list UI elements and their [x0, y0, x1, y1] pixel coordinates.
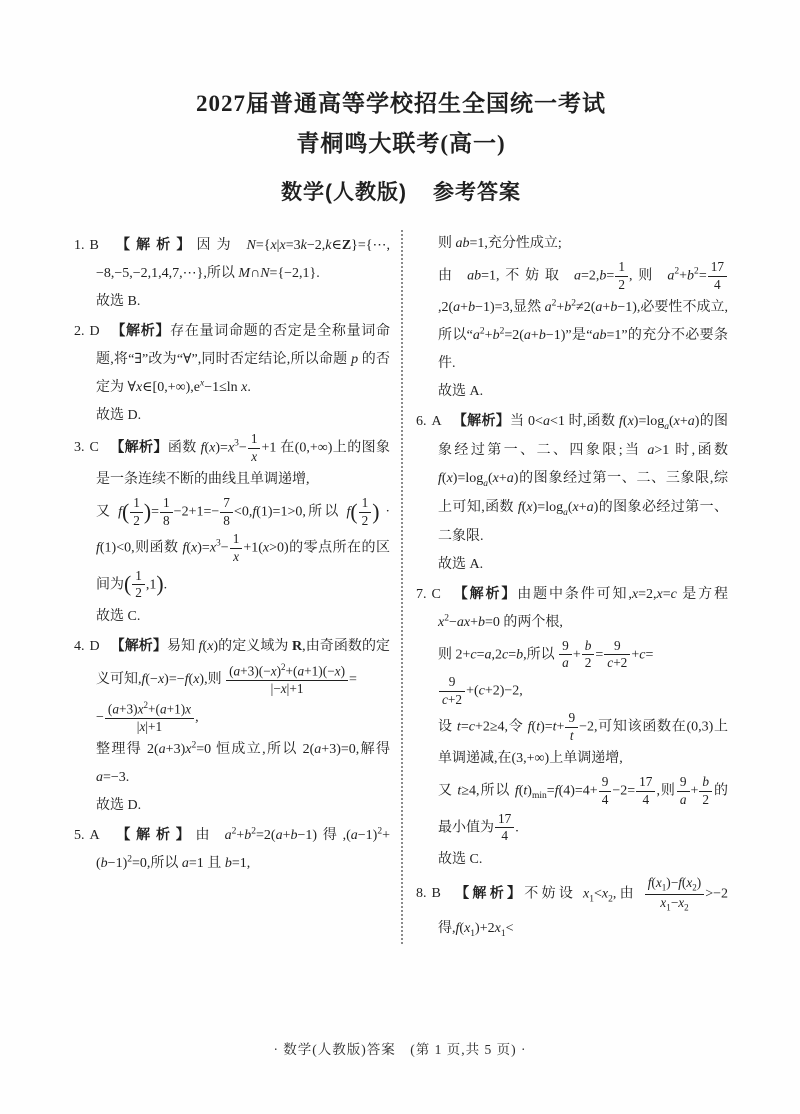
- answer-paragraph: 2.D【解析】存在量词命题的否定是全称量词命题,将“∃”改为“∀”,同时否定结论…: [74, 316, 390, 402]
- question-number: 4.: [74, 639, 85, 654]
- answers-label: 参考答案: [433, 181, 521, 204]
- question-number: 3.: [74, 440, 85, 455]
- answer-paragraph: 整理得 2(a+3)x2=0 恒成立,所以 2(a+3)=0,解得 a=−3.: [74, 736, 390, 792]
- answer-paragraph: 又 t≥4,所以 f(t)min=f(4)=4+94−2=174,则9a+b2的…: [416, 773, 728, 845]
- answer-paragraph: 设 t=c+2≥4,令 f(t)=t+9t−2,可知该函数在(0,3)上单调递减…: [416, 709, 728, 773]
- answer-paragraph: 故选 A.: [416, 378, 728, 406]
- question-number: 7.: [416, 587, 427, 602]
- column-left: 1.B【解析】因为 N={x|x=3k−2,k∈Z}={⋯,−8,−5,−2,1…: [74, 230, 401, 944]
- answer-item: 4.D【解析】易知 f(x)的定义域为 R,由奇函数的定义可知,f(−x)=−f…: [74, 631, 390, 820]
- answer-paragraph: 故选 D.: [74, 402, 390, 430]
- answer-paragraph: 9c+2+(c+2)−2,: [416, 673, 728, 709]
- question-number: 8.: [416, 886, 427, 901]
- exam-title-line1: 2027届普通高等学校招生全国统一考试: [74, 92, 728, 115]
- answer-letter: D: [90, 324, 100, 339]
- answer-item: 则 ab=1,充分性成立;由 ab=1,不妨取 a=2,b=12,则 a2+b2…: [416, 230, 728, 406]
- answer-letter: B: [432, 886, 441, 901]
- document-header: 2027届普通高等学校招生全国统一考试 青桐鸣大联考(高一) 数学(人教版)参考…: [74, 92, 728, 206]
- answer-item: 5.A【解析】由 a2+b2=2(a+b−1)得,(a−1)2+(b−1)2=0…: [74, 820, 390, 878]
- answer-paragraph: 故选 D.: [74, 792, 390, 820]
- subject-label: 数学(人教版): [281, 181, 407, 204]
- answer-letter: C: [90, 440, 99, 455]
- question-number: 5.: [74, 828, 85, 843]
- exam-title-line2: 青桐鸣大联考(高一): [74, 132, 728, 155]
- answer-paragraph: 5.A【解析】由 a2+b2=2(a+b−1)得,(a−1)2+(b−1)2=0…: [74, 820, 390, 878]
- answer-letter: B: [90, 238, 99, 253]
- answer-item: 3.C【解析】函数 f(x)=x3−1x+1 在(0,+∞)上的图象是一条连续不…: [74, 430, 390, 631]
- answer-paragraph: 8.B【解析】不妨设 x1<x2,由 f(x1)−f(x2)x1−x2>−2 得…: [416, 874, 728, 944]
- question-number: 2.: [74, 324, 85, 339]
- answer-paragraph: 4.D【解析】易知 f(x)的定义域为 R,由奇函数的定义可知,f(−x)=−f…: [74, 631, 390, 699]
- answer-paragraph: 故选 B.: [74, 288, 390, 316]
- question-number: 6.: [416, 414, 427, 429]
- answer-letter: A: [432, 414, 442, 429]
- answer-item: 8.B【解析】不妨设 x1<x2,由 f(x1)−f(x2)x1−x2>−2 得…: [416, 874, 728, 944]
- answer-paragraph: 7.C【解析】由题中条件可知,x=2,x=c 是方程 x2−ax+b=0 的两个…: [416, 579, 728, 637]
- answer-paragraph: −(a+3)x2+(a+1)x|x|+1,: [74, 699, 390, 737]
- answer-paragraph: 故选 C.: [74, 603, 390, 631]
- answer-item: 2.D【解析】存在量词命题的否定是全称量词命题,将“∃”改为“∀”,同时否定结论…: [74, 316, 390, 430]
- answer-letter: D: [90, 639, 100, 654]
- answer-item: 7.C【解析】由题中条件可知,x=2,x=c 是方程 x2−ax+b=0 的两个…: [416, 579, 728, 874]
- answer-paragraph: 则 2+c=a,2c=b,所以 9a+b2=9c+2+c=: [416, 637, 728, 673]
- answer-paragraph: 3.C【解析】函数 f(x)=x3−1x+1 在(0,+∞)上的图象是一条连续不…: [74, 430, 390, 494]
- answer-item: 6.A【解析】当 0<a<1 时,函数 f(x)=loga(x+a)的图象经过第…: [416, 406, 728, 578]
- column-right: 则 ab=1,充分性成立;由 ab=1,不妨取 a=2,b=12,则 a2+b2…: [403, 230, 728, 944]
- answer-letter: C: [432, 587, 441, 602]
- answer-item: 1.B【解析】因为 N={x|x=3k−2,k∈Z}={⋯,−8,−5,−2,1…: [74, 230, 390, 316]
- answer-paragraph: 1.B【解析】因为 N={x|x=3k−2,k∈Z}={⋯,−8,−5,−2,1…: [74, 230, 390, 288]
- document-title: 数学(人教版)参考答案: [74, 176, 728, 206]
- document-page: 2027届普通高等学校招生全国统一考试 青桐鸣大联考(高一) 数学(人教版)参考…: [0, 0, 800, 1114]
- page-footer: · 数学(人教版)答案 (第 1 页,共 5 页) ·: [0, 1038, 800, 1058]
- answer-paragraph: 则 ab=1,充分性成立;: [416, 230, 728, 258]
- answer-paragraph: 故选 C.: [416, 846, 728, 874]
- answer-columns: 1.B【解析】因为 N={x|x=3k−2,k∈Z}={⋯,−8,−5,−2,1…: [74, 230, 728, 944]
- answer-paragraph: 由 ab=1,不妨取 a=2,b=12,则 a2+b2=174,2(a+b−1)…: [416, 258, 728, 378]
- answer-paragraph: 故选 A.: [416, 551, 728, 579]
- answer-letter: A: [90, 828, 100, 843]
- answer-paragraph: 又 f(12)=18−2+1=−78<0,f(1)=1>0,所以 f(12) ·…: [74, 494, 390, 603]
- answer-paragraph: 6.A【解析】当 0<a<1 时,函数 f(x)=loga(x+a)的图象经过第…: [416, 406, 728, 550]
- question-number: 1.: [74, 238, 85, 253]
- footer-text: · 数学(人教版)答案 (第 1 页,共 5 页) ·: [273, 1042, 526, 1057]
